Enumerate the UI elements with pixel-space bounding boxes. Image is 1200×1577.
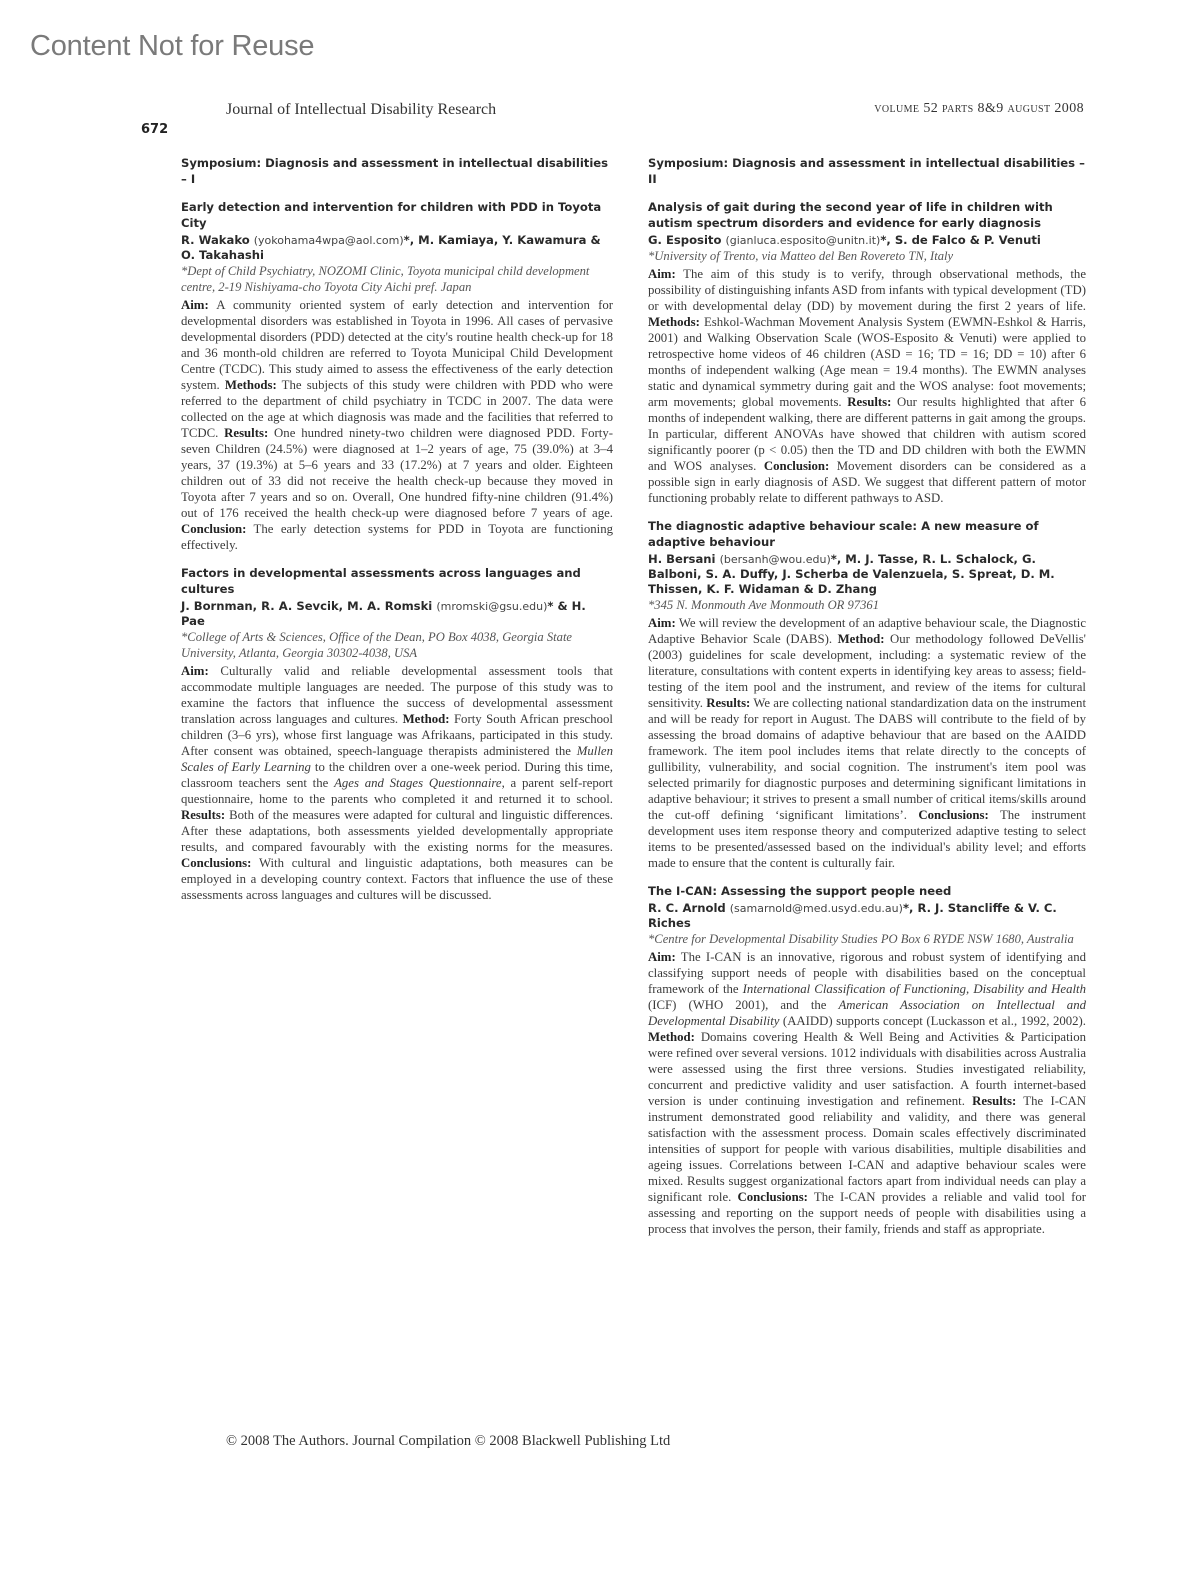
section-label: Method: (838, 632, 885, 646)
left-column: Symposium: Diagnosis and assessment in i… (181, 155, 613, 915)
author-list: R. Wakako (yokohama4wpa@aol.com)*, M. Ka… (181, 233, 613, 263)
section-label: Conclusions: (181, 856, 251, 870)
section-label: Aim: (648, 950, 676, 964)
abstract-list: Analysis of gait during the second year … (648, 199, 1086, 1237)
abstract-body: Aim: Culturally valid and reliable devel… (181, 663, 613, 903)
affiliation: *University of Trento, via Matteo del Be… (648, 248, 1086, 264)
italic-title: Mullen Scales of Early Learning (181, 744, 613, 774)
section-label: Conclusions: (918, 808, 988, 822)
abstract: Factors in developmental assessments acr… (181, 565, 613, 903)
lead-author: J. Bornman, R. A. Sevcik, M. A. Romski (181, 599, 436, 613)
copyright-footer: © 2008 The Authors. Journal Compilation … (226, 1433, 670, 1450)
lead-author: R. Wakako (181, 233, 254, 247)
affiliation: *345 N. Monmouth Ave Monmouth OR 97361 (648, 597, 1086, 613)
author-email[interactable]: (yokohama4wpa@aol.com) (254, 234, 404, 247)
lead-author: H. Bersani (648, 552, 720, 566)
author-list: G. Esposito (gianluca.esposito@unitn.it)… (648, 233, 1086, 248)
watermark: Content Not for Reuse (30, 30, 314, 63)
section-label: Method: (648, 1030, 695, 1044)
author-email[interactable]: (bersanh@wou.edu) (720, 553, 831, 566)
affiliation: *College of Arts & Sciences, Office of t… (181, 629, 613, 661)
italic-title: Ages and Stages Questionnaire (334, 776, 502, 790)
section-label: Results: (224, 426, 268, 440)
section-label: Results: (847, 395, 891, 409)
italic-title: International Classification of Function… (743, 982, 1086, 996)
co-authors: *, S. de Falco & P. Venuti (880, 233, 1041, 247)
section-label: Methods: (225, 378, 277, 392)
author-list: J. Bornman, R. A. Sevcik, M. A. Romski (… (181, 599, 613, 629)
section-label: Results: (181, 808, 225, 822)
journal-title: Journal of Intellectual Disability Resea… (226, 101, 496, 119)
section-label: Aim: (648, 616, 676, 630)
affiliation: *Dept of Child Psychiatry, NOZOMI Clinic… (181, 263, 613, 295)
author-list: H. Bersani (bersanh@wou.edu)*, M. J. Tas… (648, 552, 1086, 597)
page-number: 672 (141, 122, 168, 137)
section-label: Results: (972, 1094, 1016, 1108)
abstract-body: Aim: The aim of this study is to verify,… (648, 266, 1086, 506)
section-label: Aim: (181, 298, 209, 312)
abstract-body: Aim: A community oriented system of earl… (181, 297, 613, 553)
abstract-body: Aim: We will review the development of a… (648, 615, 1086, 871)
affiliation: *Centre for Developmental Disability Stu… (648, 931, 1086, 947)
symposium-heading: Symposium: Diagnosis and assessment in i… (648, 155, 1086, 187)
abstract: Early detection and intervention for chi… (181, 199, 613, 553)
author-list: R. C. Arnold (samarnold@med.usyd.edu.au)… (648, 901, 1086, 931)
abstract-title: Analysis of gait during the second year … (648, 199, 1086, 231)
abstract-title: Factors in developmental assessments acr… (181, 565, 613, 597)
section-label: Method: (403, 712, 450, 726)
symposium-heading: Symposium: Diagnosis and assessment in i… (181, 155, 613, 187)
abstract: Analysis of gait during the second year … (648, 199, 1086, 506)
right-column: Symposium: Diagnosis and assessment in i… (648, 155, 1086, 1249)
abstract: The I-CAN: Assessing the support people … (648, 883, 1086, 1237)
abstract-body: Aim: The I-CAN is an innovative, rigorou… (648, 949, 1086, 1237)
section-label: Methods: (648, 315, 700, 329)
author-email[interactable]: (samarnold@med.usyd.edu.au) (730, 902, 903, 915)
section-label: Conclusion: (181, 522, 246, 536)
author-email[interactable]: (gianluca.esposito@unitn.it) (725, 234, 880, 247)
abstract-title: The diagnostic adaptive behaviour scale:… (648, 518, 1086, 550)
section-label: Aim: (181, 664, 209, 678)
lead-author: R. C. Arnold (648, 901, 730, 915)
abstract: The diagnostic adaptive behaviour scale:… (648, 518, 1086, 871)
abstract-title: The I-CAN: Assessing the support people … (648, 883, 1086, 899)
section-label: Conclusion: (764, 459, 829, 473)
abstract-title: Early detection and intervention for chi… (181, 199, 613, 231)
italic-title: American Association on Intellectual and… (648, 998, 1086, 1028)
section-label: Conclusions: (738, 1190, 808, 1204)
section-label: Results: (706, 696, 750, 710)
volume-info: VOLUME 52 PARTS 8&9 AUGUST 2008 (874, 101, 1084, 117)
abstract-list: Early detection and intervention for chi… (181, 199, 613, 903)
lead-author: G. Esposito (648, 233, 725, 247)
section-label: Aim: (648, 267, 676, 281)
author-email[interactable]: (mromski@gsu.edu) (436, 600, 547, 613)
